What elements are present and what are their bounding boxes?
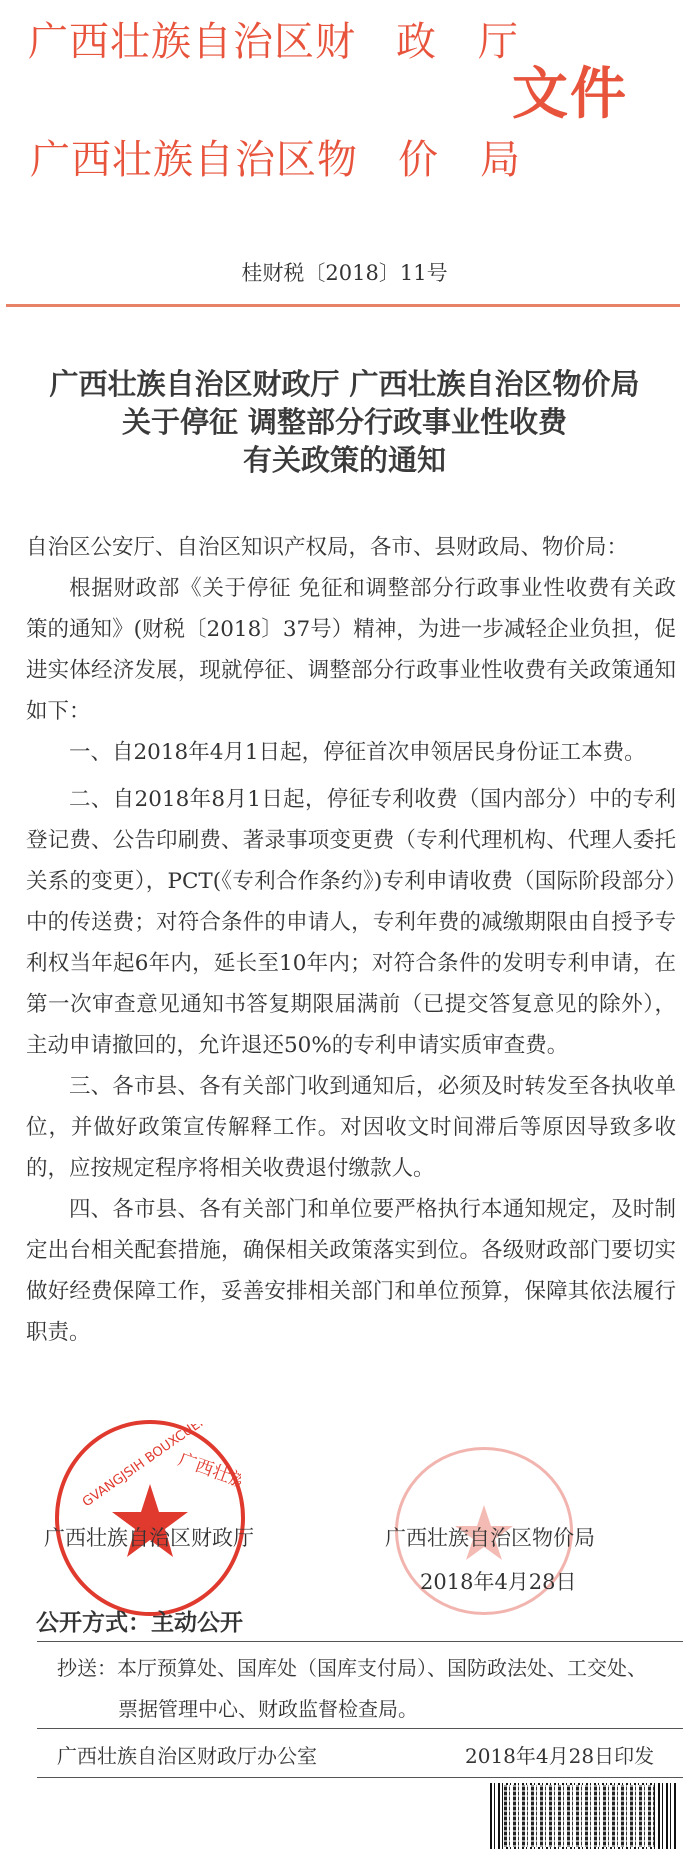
cc-line-1: 抄送：本厅预算处、国库处（国库支付局）、国防政法处、工交处、 [57, 1652, 647, 1681]
signature-date: 2018年4月28日 [420, 1566, 577, 1596]
disclosure-value: 主动公开 [151, 1609, 243, 1636]
cc-recipients-1: 本厅预算处、国库处（国库支付局）、国防政法处、工交处、 [117, 1656, 647, 1680]
addressee: 自治区公安厅、自治区知识产权局，各市、县财政局、物价局： [26, 527, 676, 568]
title-line-3: 有关政策的通知 [0, 441, 689, 479]
title-line-2: 关于停征 调整部分行政事业性收费 [0, 403, 689, 441]
disclosure-label: 公开方式： [36, 1609, 151, 1636]
issuer-1-name: 广西壮族自治区财 [28, 19, 356, 65]
footer-rule-2 [37, 1728, 683, 1729]
paragraph-item-1: 一、自2018年4月1日起，停征首次申领居民身份证工本费。 [26, 732, 676, 773]
cc-label: 抄送： [57, 1656, 117, 1680]
footer-rule-3 [37, 1777, 683, 1778]
paragraph-item-3: 三、各市县、各有关部门收到通知后，必须及时转发至各执收单位，并做好政策宣传解释工… [26, 1066, 676, 1189]
paragraph-item-2: 二、自2018年8月1日起，停征专利收费（国内部分）中的专利登记费、公告印刷费、… [26, 779, 676, 1066]
document-title: 广西壮族自治区财政厅 广西壮族自治区物价局 关于停征 调整部分行政事业性收费 有… [0, 365, 689, 479]
issuer-2-heading: 广西壮族自治区物价 局 [30, 128, 521, 185]
disclosure-line: 公开方式：主动公开 [36, 1604, 243, 1637]
footer-rule-1 [37, 1641, 683, 1642]
signature-left-org: 广西壮族自治区财政厅 [44, 1522, 254, 1552]
document-body: 自治区公安厅、自治区知识产权局，各市、县财政局、物价局： 根据财政部《关于停征 … [26, 527, 676, 1353]
finance-dept-seal: GVANGJSIH BOUXCUENGH 广西壮族 [55, 1420, 245, 1616]
doc-type-label: 文件 [512, 50, 628, 130]
paragraph-item-4: 四、各市县、各有关部门和单位要严格执行本通知规定，及时制定出台相关配套措施，确保… [26, 1189, 676, 1353]
cc-recipients-2: 票据管理中心、财政监督检查局。 [118, 1693, 418, 1722]
document-number: 桂财税〔2018〕11号 [0, 257, 689, 287]
issuer-2-suffix: 价 局 [398, 137, 521, 183]
issuing-office: 广西壮族自治区财政厅办公室 [57, 1740, 317, 1769]
signature-right-org: 广西壮族自治区物价局 [385, 1522, 595, 1552]
title-line-1: 广西壮族自治区财政厅 广西壮族自治区物价局 [0, 365, 689, 403]
print-date: 2018年4月28日印发 [465, 1740, 654, 1769]
issuer-2-name: 广西壮族自治区物 [30, 137, 358, 183]
svg-text:广西壮族: 广西壮族 [175, 1449, 241, 1493]
barcode-data-area [504, 1785, 654, 1847]
issuer-1-suffix: 政 厅 [396, 19, 519, 65]
pdf417-barcode [490, 1783, 676, 1849]
issuer-1-heading: 广西壮族自治区财政 厅 [28, 10, 519, 67]
paragraph-intro: 根据财政部《关于停征 免征和调整部分行政事业性收费有关政策的通知》(财税〔201… [26, 568, 676, 732]
red-divider [6, 304, 680, 307]
seal-star-icon: GVANGJSIH BOUXCUENGH 广西壮族 [59, 1424, 241, 1612]
